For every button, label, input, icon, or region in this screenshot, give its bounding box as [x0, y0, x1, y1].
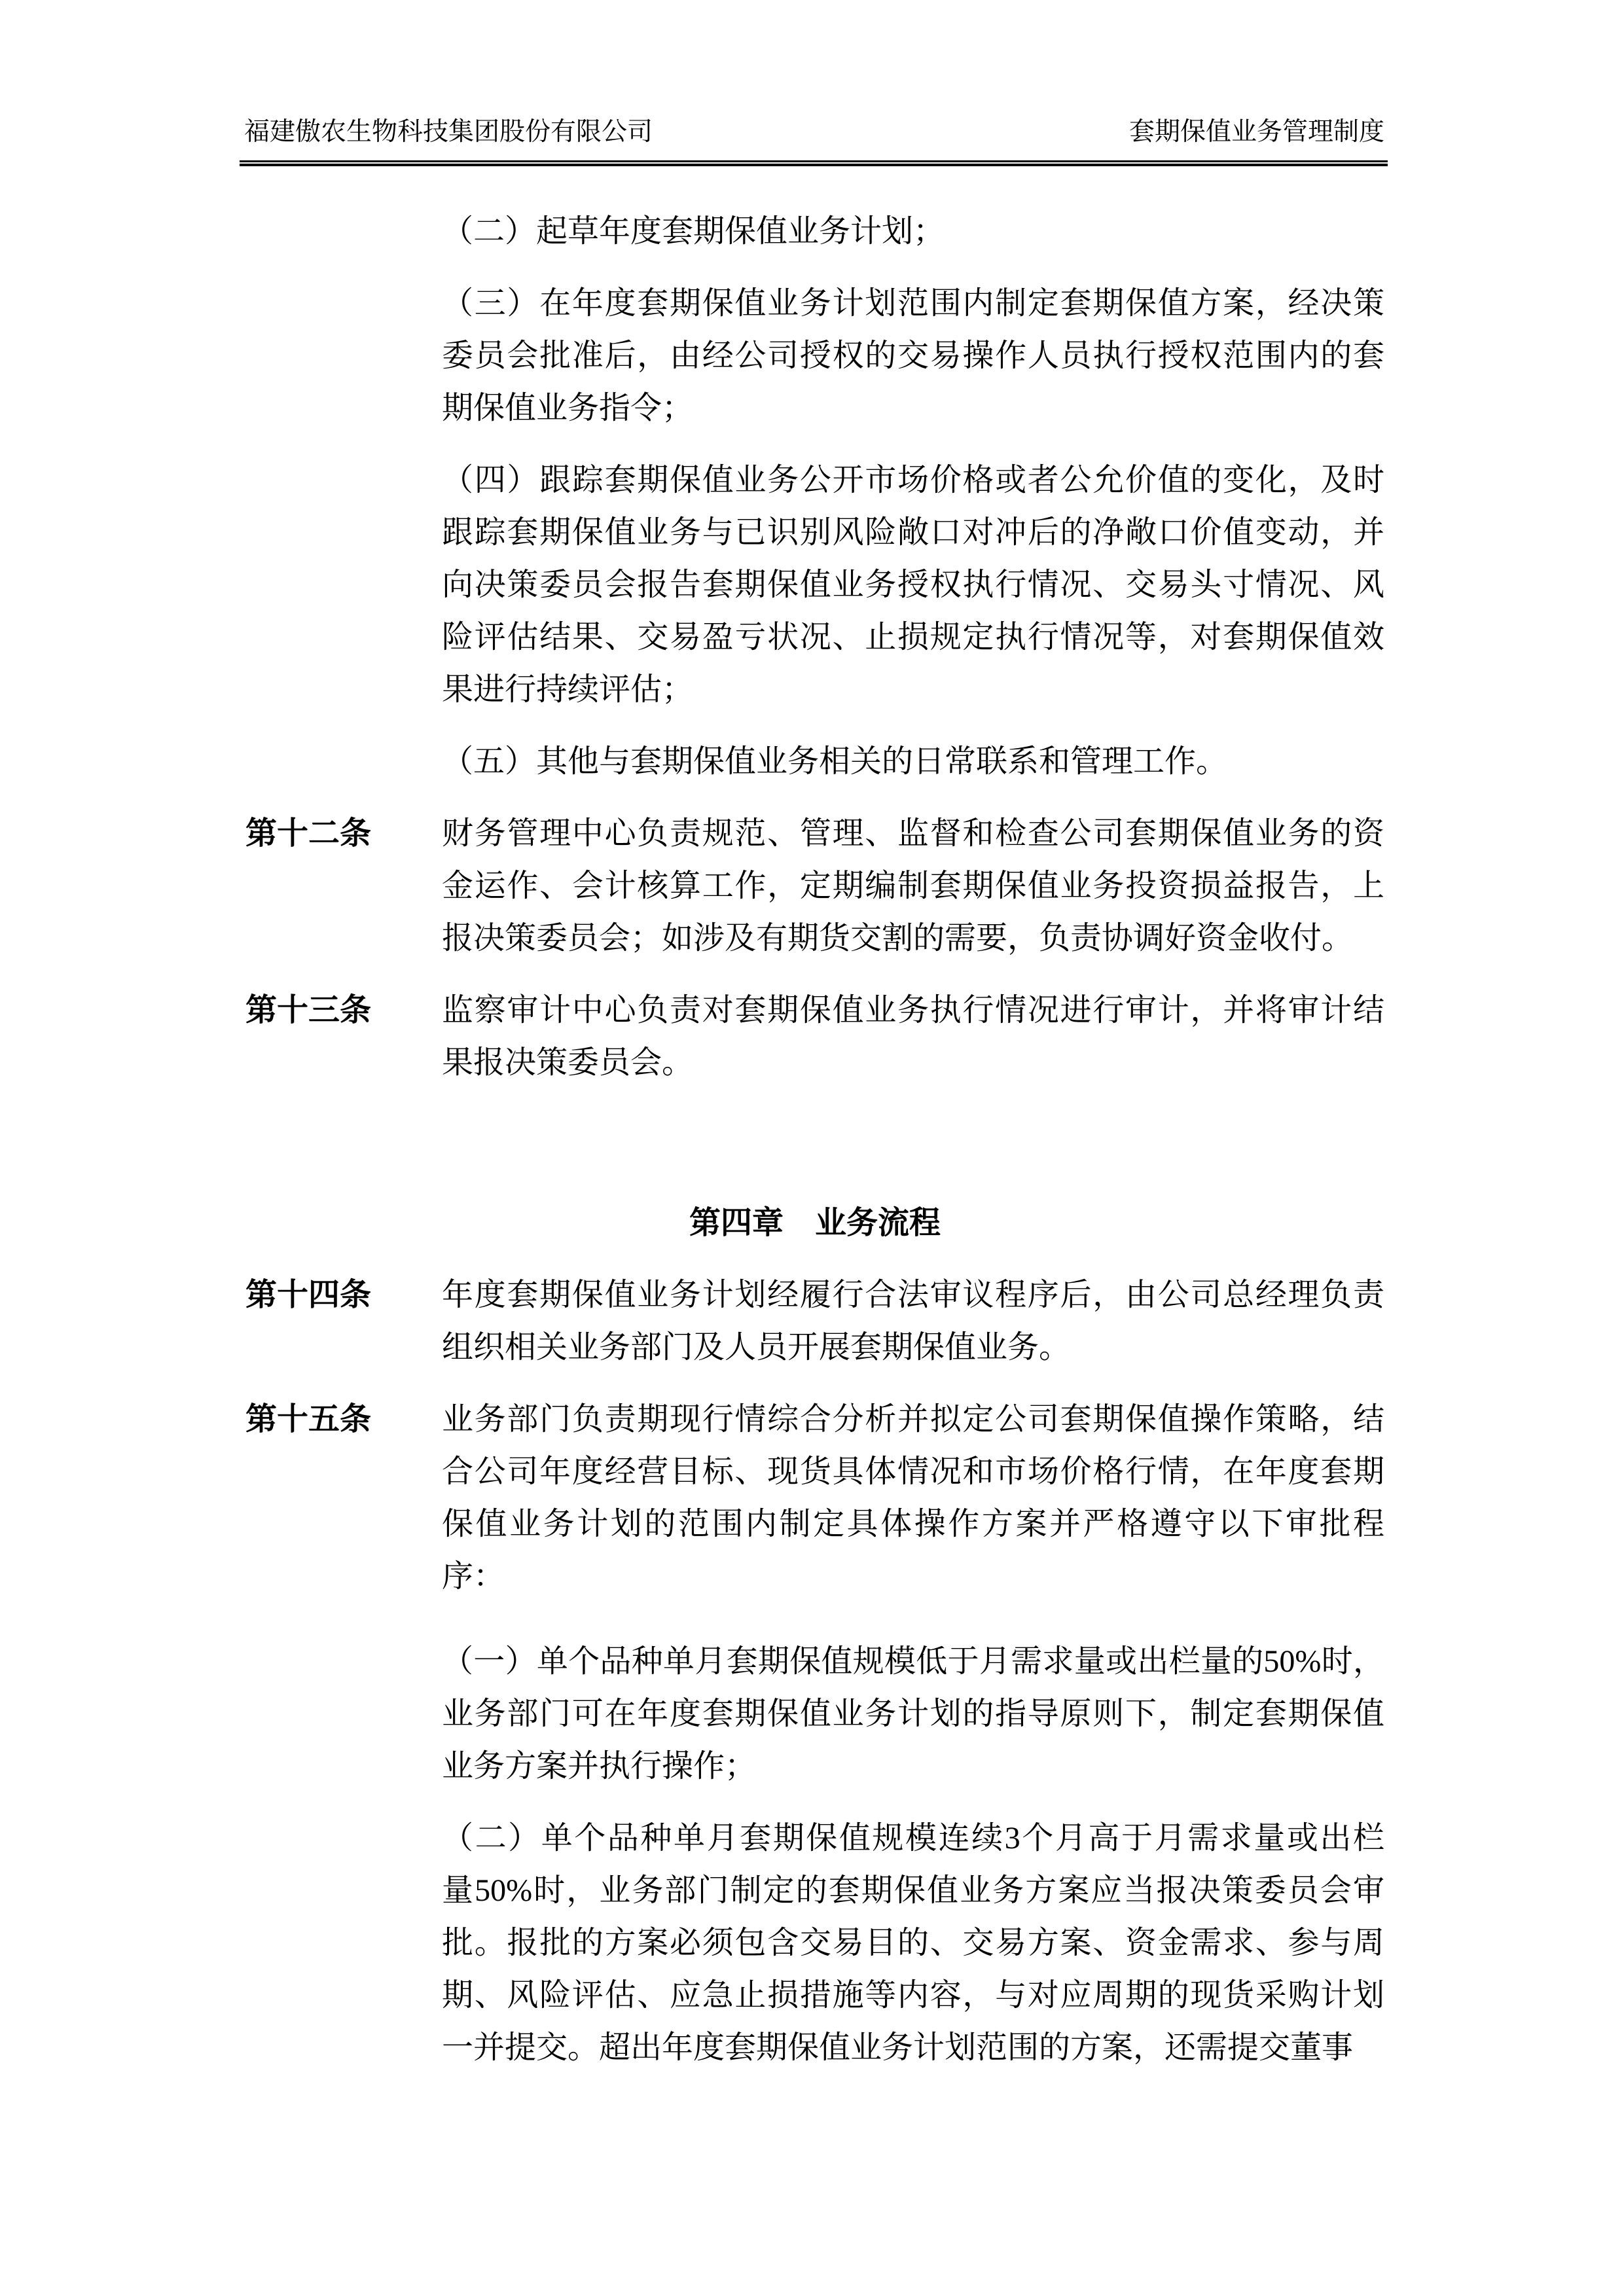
text-line: 保值业务计划的范围内制定具体操作方案并严格遵守以下审批程: [442, 1498, 1384, 1551]
text-line: 业务部门可在年度套期保值业务计划的指导原则下，制定套期保值: [442, 1688, 1384, 1740]
text-line: （一）单个品种单月套期保值规模低于月需求量或出栏量的50%时，: [442, 1636, 1384, 1688]
text-line: 合公司年度经营目标、现货具体情况和市场价格行情，在年度套期: [442, 1446, 1384, 1498]
article-paragraph: 第十四条年度套期保值业务计划经履行合法审议程序后，由公司总经理负责组织相关业务部…: [442, 1269, 1384, 1374]
document-body: （二）起草年度套期保值业务计划；（三）在年度套期保值业务计划范围内制定套期保值方…: [442, 206, 1384, 2094]
page-header: 福建傲农生物科技集团股份有限公司 套期保值业务管理制度: [244, 117, 1384, 148]
text-line: 一并提交。超出年度套期保值业务计划范围的方案，还需提交董事: [442, 2022, 1384, 2074]
document-page: 福建傲农生物科技集团股份有限公司 套期保值业务管理制度 （二）起草年度套期保值业…: [0, 0, 1624, 2296]
text-line: 财务管理中心负责规范、管理、监督和检查公司套期保值业务的资: [442, 808, 1384, 860]
paragraph: （四）跟踪套期保值业务公开市场价格或者公允价值的变化，及时跟踪套期保值业务与已识…: [442, 454, 1384, 716]
paragraph: （二）单个品种单月套期保值规模连续3个月高于月需求量或出栏量50%时，业务部门制…: [442, 1812, 1384, 2074]
article-paragraph: 第十五条业务部门负责期现行情综合分析并拟定公司套期保值操作策略，结合公司年度经营…: [442, 1393, 1384, 1603]
header-company-name: 福建傲农生物科技集团股份有限公司: [244, 117, 653, 148]
text-line: 量50%时，业务部门制定的套期保值业务方案应当报决策委员会审: [442, 1865, 1384, 1917]
text-line: 业务方案并执行操作；: [442, 1740, 1384, 1793]
text-line: 期保值业务指令；: [442, 382, 1384, 435]
text-line: 跟踪套期保值业务与已识别风险敞口对冲后的净敞口价值变动，并: [442, 507, 1384, 559]
paragraph: （二）起草年度套期保值业务计划；: [442, 206, 1384, 258]
paragraph: （三）在年度套期保值业务计划范围内制定套期保值方案，经决策委员会批准后，由经公司…: [442, 278, 1384, 435]
chapter-heading: 第四章 业务流程: [442, 1197, 1384, 1249]
text-line: （五）其他与套期保值业务相关的日常联系和管理工作。: [442, 736, 1384, 788]
text-line: 期、风险评估、应急止损措施等内容，与对应周期的现货采购计划: [442, 1969, 1384, 2022]
paragraph: （一）单个品种单月套期保值规模低于月需求量或出栏量的50%时，业务部门可在年度套…: [442, 1636, 1384, 1793]
article-paragraph: 第十二条财务管理中心负责规范、管理、监督和检查公司套期保值业务的资金运作、会计核…: [442, 808, 1384, 965]
article-number-label: 第十四条: [245, 1269, 371, 1321]
text-line: 金运作、会计核算工作，定期编制套期保值业务投资损益报告，上: [442, 860, 1384, 912]
text-line: 向决策委员会报告套期保值业务授权执行情况、交易头寸情况、风: [442, 559, 1384, 611]
article-number-label: 第十三条: [245, 984, 371, 1037]
text-line: 批。报批的方案必须包含交易目的、交易方案、资金需求、参与周: [442, 1917, 1384, 1969]
text-line: 险评估结果、交易盈亏状况、止损规定执行情况等，对套期保值效: [442, 611, 1384, 664]
header-document-title: 套期保值业务管理制度: [1129, 117, 1384, 148]
article-paragraph: 第十三条监察审计中心负责对套期保值业务执行情况进行审计，并将审计结果报决策委员会…: [442, 984, 1384, 1089]
text-line: 业务部门负责期现行情综合分析并拟定公司套期保值操作策略，结: [442, 1393, 1384, 1446]
text-line: （四）跟踪套期保值业务公开市场价格或者公允价值的变化，及时: [442, 454, 1384, 507]
chapter-title-text: 第四章 业务流程: [344, 1197, 1286, 1249]
text-line: 监察审计中心负责对套期保值业务执行情况进行审计，并将审计结: [442, 984, 1384, 1037]
text-line: 果报决策委员会。: [442, 1037, 1384, 1089]
text-line: （三）在年度套期保值业务计划范围内制定套期保值方案，经决策: [442, 278, 1384, 330]
header-rule: [240, 160, 1388, 166]
article-number-label: 第十二条: [245, 808, 371, 860]
text-line: 果进行持续评估；: [442, 664, 1384, 716]
text-line: 年度套期保值业务计划经履行合法审议程序后，由公司总经理负责: [442, 1269, 1384, 1321]
text-line: 组织相关业务部门及人员开展套期保值业务。: [442, 1321, 1384, 1374]
paragraph: （五）其他与套期保值业务相关的日常联系和管理工作。: [442, 736, 1384, 788]
article-number-label: 第十五条: [245, 1393, 371, 1446]
text-line: （二）单个品种单月套期保值规模连续3个月高于月需求量或出栏: [442, 1812, 1384, 1865]
text-line: 报决策委员会；如涉及有期货交割的需要，负责协调好资金收付。: [442, 912, 1384, 965]
text-line: 委员会批准后，由经公司授权的交易操作人员执行授权范围内的套: [442, 330, 1384, 382]
text-line: 序：: [442, 1551, 1384, 1603]
text-line: （二）起草年度套期保值业务计划；: [442, 206, 1384, 258]
